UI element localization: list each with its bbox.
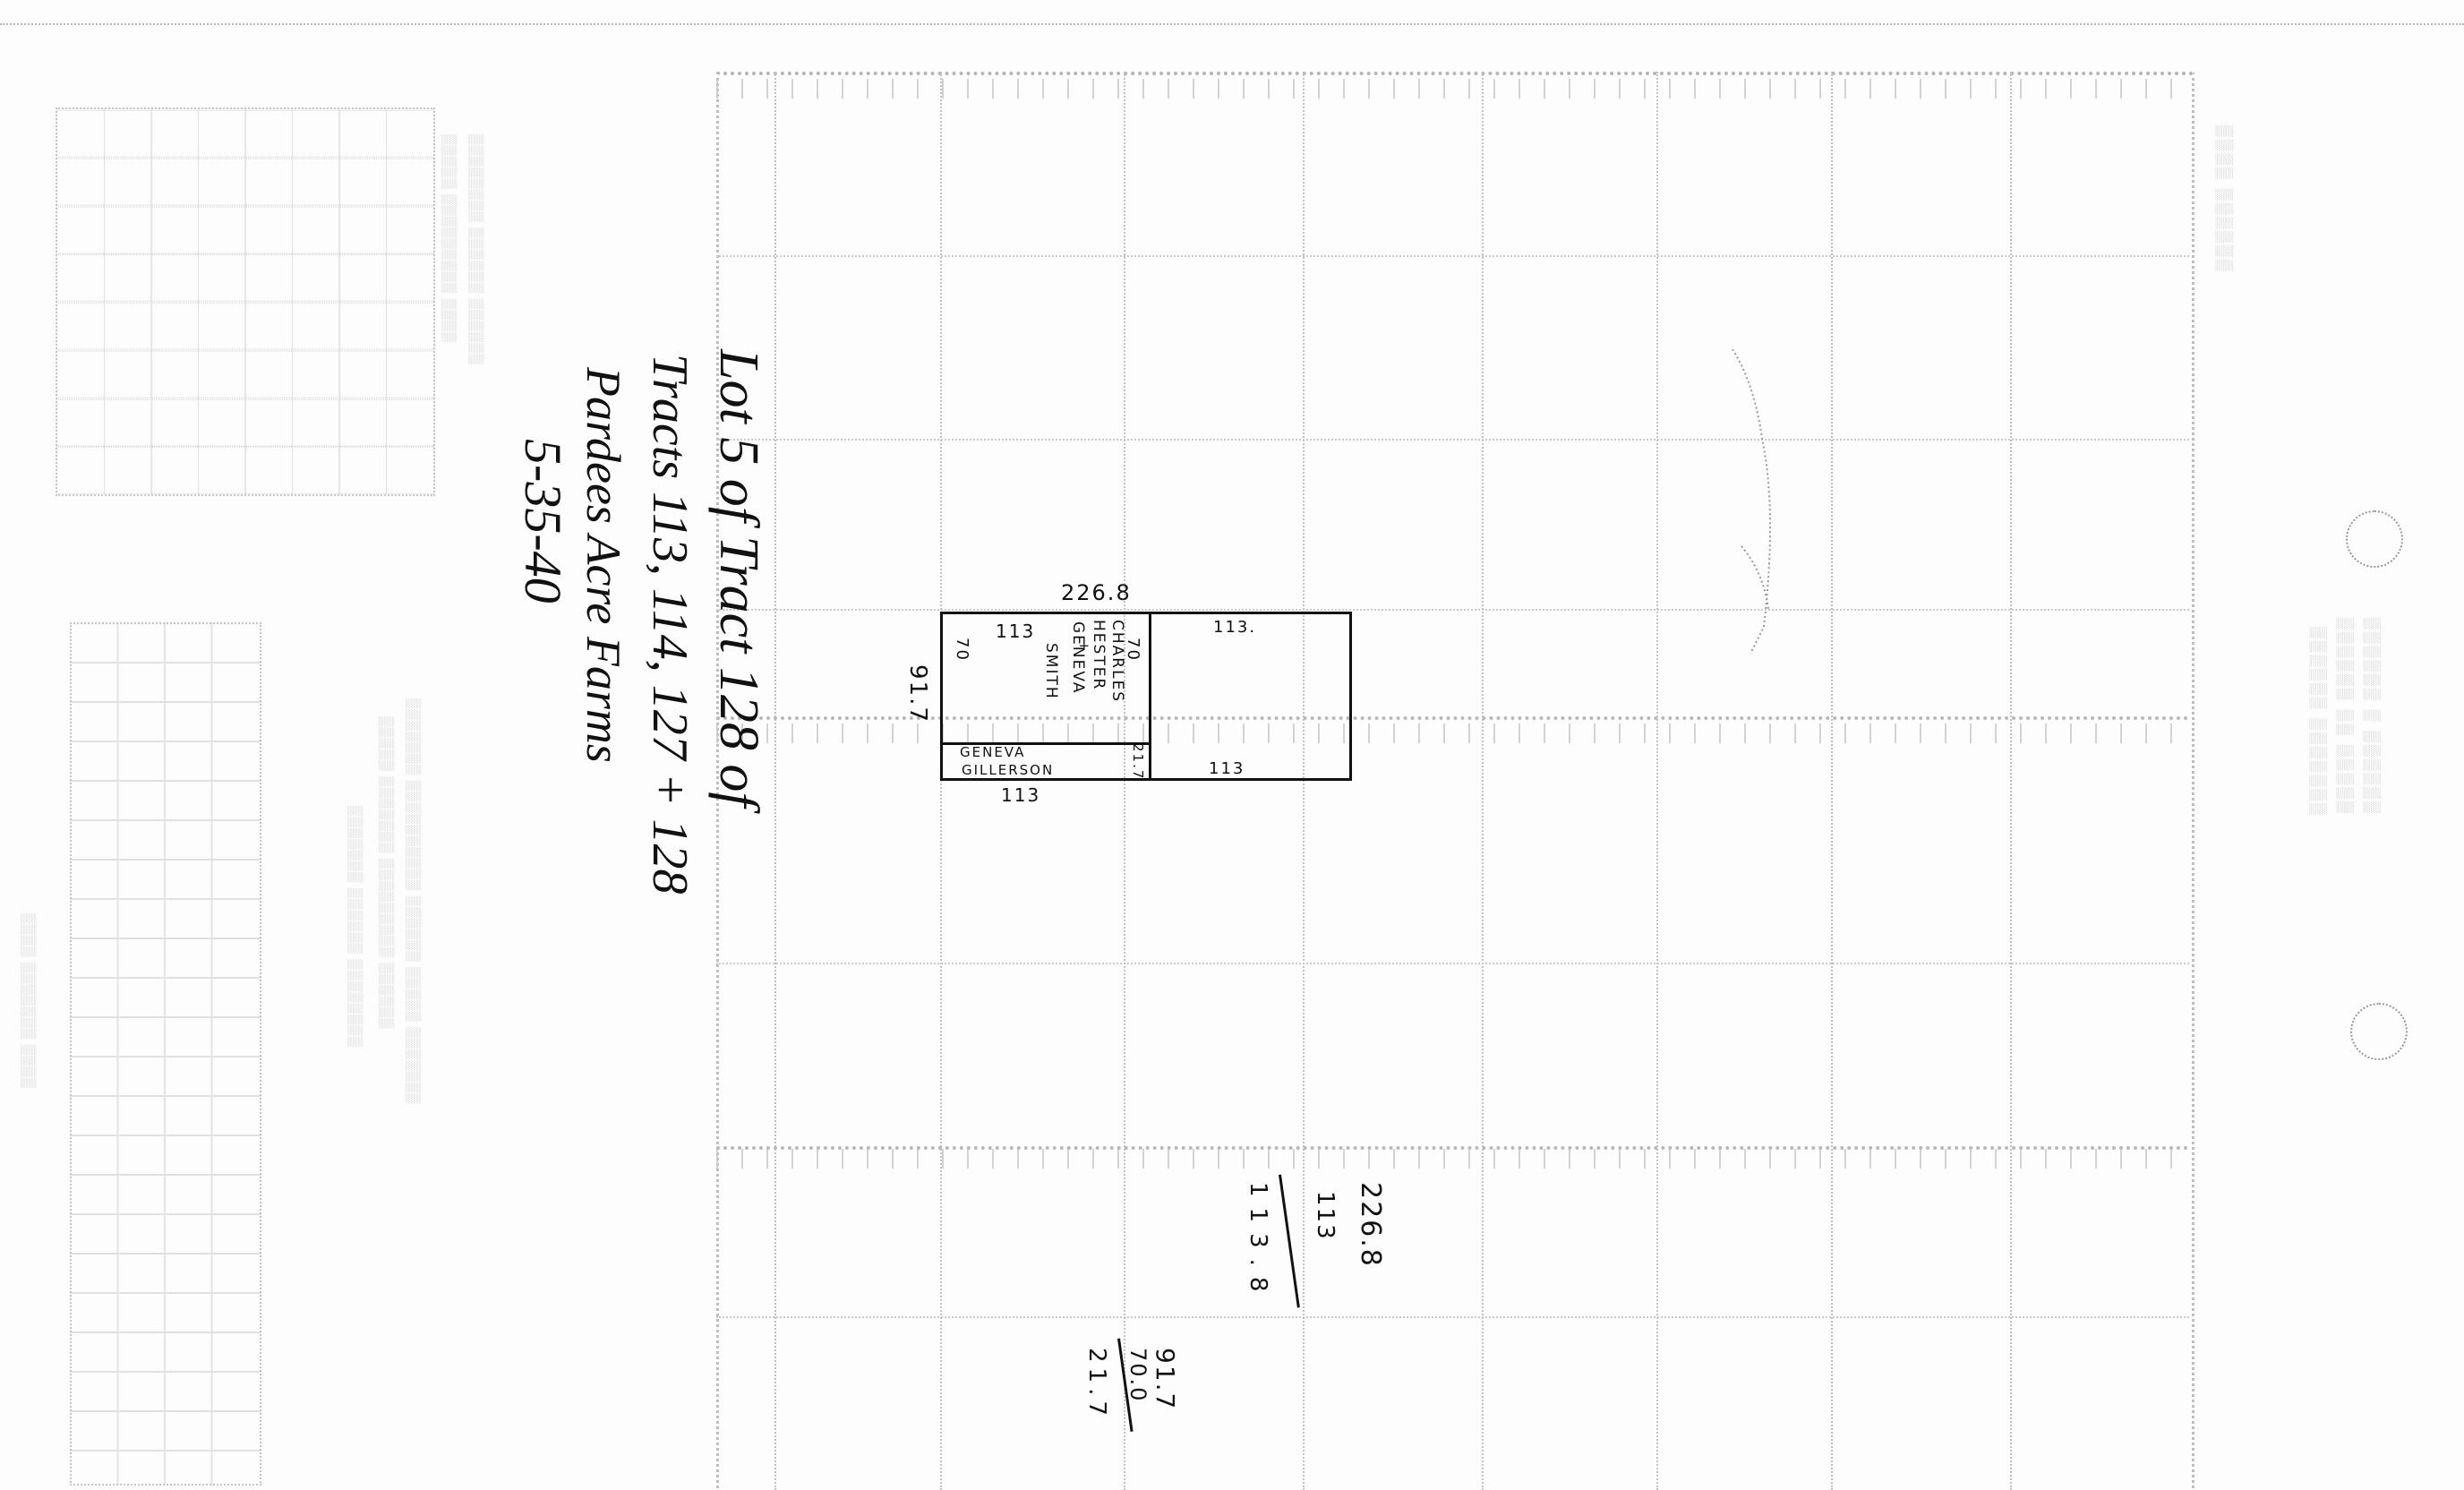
owner-name-line: SMITH: [1042, 643, 1060, 700]
plot-right-inner-dimension: 70: [1124, 638, 1142, 662]
grid-cell: [338, 303, 387, 350]
faint-legend-text: ▒▒▒▒▒▒▒ ▒▒▒▒▒▒ ▒▒▒▒▒▒▒▒: [346, 806, 363, 1048]
calc2-minuend: 91.7: [1151, 1348, 1180, 1410]
grid-cell: [386, 110, 434, 158]
plot-top-total-dimension: 226.8: [1061, 580, 1132, 605]
grid-cell: [386, 303, 434, 350]
map-grid-vline: [774, 72, 776, 1490]
grid-cell: [292, 158, 340, 205]
map-grid-hline-major: [716, 1146, 2189, 1150]
grid-cell: [198, 110, 246, 158]
calc2-result: 21.7: [1083, 1348, 1110, 1421]
grid-cell: [104, 110, 152, 158]
grid-cell: [104, 303, 152, 350]
map-top-ruler: [716, 79, 2189, 98]
calc1-minuend: 226.8: [1355, 1182, 1386, 1268]
grid-cell: [338, 447, 387, 494]
map-grid-hline-major: [716, 716, 2189, 720]
grid-cell: [292, 206, 340, 253]
grid-cell: [198, 447, 246, 494]
calc1-subtrahend: 113: [1312, 1191, 1339, 1241]
strip-depth-dimension: 21.7: [1130, 743, 1146, 780]
grid-cell: [150, 254, 199, 302]
map-grid-vline: [940, 72, 942, 1490]
calc1-result: 113.8: [1245, 1182, 1271, 1302]
grid-cell: [338, 254, 387, 302]
faint-margin-text: ▒▒▒▒ ▒▒▒▒▒▒: [2215, 125, 2234, 274]
grid-cell: [104, 206, 152, 253]
grid-cell: [104, 158, 152, 205]
grid-cell: [338, 110, 387, 158]
grid-cell: [56, 398, 105, 446]
grid-cell: [292, 447, 340, 494]
plot-main-width: 113: [996, 621, 1035, 642]
grid-cell: [198, 158, 246, 205]
binder-hole-lower: [2350, 1003, 2408, 1060]
note-subdivision: Pardees Acre Farms: [576, 367, 631, 763]
grid-cell: [292, 110, 340, 158]
owner-name-line: GENEVA: [1069, 621, 1087, 695]
grid-cell: [244, 110, 293, 158]
grid-cell: [104, 254, 152, 302]
faint-legend-text: ▒▒▒▒▒ ▒▒▒▒▒▒▒▒▒ ▒▒▒▒: [441, 134, 457, 343]
grid-cell: [56, 158, 105, 205]
pencil-curve-mark: [1728, 331, 1835, 689]
grid-cell: [198, 350, 246, 398]
grid-cell: [244, 350, 293, 398]
map-grid-hline: [716, 255, 2189, 257]
map-lower-ruler: [716, 1149, 2189, 1169]
map-grid-frame: [716, 72, 2194, 1490]
plot-left-inner-dimension: 70: [953, 638, 971, 662]
grid-cell: [56, 110, 105, 158]
faint-legend-text: ▒▒▒▒▒▒▒ ▒▒▒▒▒▒▒▒▒▒ ▒▒▒▒▒▒ ▒▒▒▒▒ ▒▒▒▒▒▒▒: [405, 698, 421, 1105]
grid-cell: [150, 350, 199, 398]
grid-cell: [338, 206, 387, 253]
parcel-divider-vertical: [1149, 614, 1151, 778]
grid-cell: [150, 447, 199, 494]
map-grid-vline: [1831, 72, 1833, 1490]
grid-cell: [292, 303, 340, 350]
map-grid-vline: [1124, 72, 1125, 1490]
plot-bottom-dimension: 113: [1001, 784, 1040, 806]
owner-name-line: HESTER: [1090, 620, 1108, 690]
grid-cell: [338, 158, 387, 205]
scanned-plat-page: ▒▒▒▒▒▒▒▒ ▒▒▒▒▒▒ ▒▒▒▒▒▒ ▒▒▒▒▒ ▒▒▒▒▒▒▒▒▒ ▒…: [0, 0, 2464, 1490]
grid-cell: [104, 350, 152, 398]
grid-cell: [244, 158, 293, 205]
grid-cell: [244, 206, 293, 253]
calc2-subtrahend: 70.0: [1125, 1348, 1151, 1402]
grid-cell: [244, 398, 293, 446]
grid-cell: [292, 254, 340, 302]
section-index-grid-upper: [56, 107, 435, 496]
grid-cell: [244, 447, 293, 494]
grid-cell: [150, 398, 199, 446]
grid-cell: [292, 398, 340, 446]
grid-cell: [150, 206, 199, 253]
east-parcel-bottom-dimension: 113: [1209, 759, 1245, 778]
section-index-grid-lower: [70, 622, 261, 1486]
grid-cell: [56, 350, 105, 398]
grid-cell: [386, 398, 434, 446]
grid-cell: [56, 447, 105, 494]
grid-cell: [198, 303, 246, 350]
binder-hole-upper: [2346, 510, 2403, 568]
strip-owner-name: GILLERSON: [962, 762, 1054, 778]
grid-cell: [150, 158, 199, 205]
faint-title-block: ▒▒▒▒▒▒ ▒ ▒▒▒▒▒▒: [2363, 618, 2382, 816]
grid-cell: [150, 110, 199, 158]
grid-cell: [198, 254, 246, 302]
grid-cell: [56, 303, 105, 350]
faint-legend-text: ▒▒▒▒▒▒▒▒ ▒▒▒▒▒▒ ▒▒▒▒▒▒: [467, 134, 483, 365]
east-parcel-top-dimension: 113.: [1213, 618, 1256, 637]
grid-cell: [198, 206, 246, 253]
grid-cell: [292, 350, 340, 398]
grid-cell: [386, 158, 434, 205]
note-tracts: Tracts 113, 114, 127 + 128: [641, 354, 698, 895]
faint-legend-text: ▒▒▒▒ ▒▒▒▒▒▒▒ ▒▒▒▒: [20, 913, 36, 1089]
map-grid-hline: [716, 439, 2189, 441]
grid-cell: [386, 254, 434, 302]
faint-legend-text: ▒▒▒▒▒ ▒▒▒▒▒▒▒ ▒▒▒▒▒▒▒▒▒ ▒▒▒▒▒▒: [378, 716, 394, 1029]
grid-cell: [386, 206, 434, 253]
map-grid-vline: [1656, 72, 1658, 1490]
grid-cell: [198, 398, 246, 446]
grid-cell: [104, 447, 152, 494]
grid-cell: [338, 398, 387, 446]
note-lot-description: Lot 5 of Tract 128 of: [706, 349, 770, 808]
grid-cell: [338, 350, 387, 398]
strip-owner-name: GENEVA: [960, 744, 1025, 760]
faint-title-block: ▒▒▒▒▒▒ ▒▒▒▒▒▒▒: [2309, 627, 2328, 818]
grid-cell: [104, 398, 152, 446]
grid-cell: [56, 254, 105, 302]
faint-title-block: ▒▒▒▒▒▒ ▒▒ ▒▒▒▒▒: [2336, 618, 2355, 816]
note-section-township-range: 5-35-40: [513, 439, 573, 604]
map-mid-ruler: [716, 724, 2189, 743]
grid-cell: [386, 447, 434, 494]
map-grid-vline: [1303, 72, 1305, 1490]
grid-cell: [244, 303, 293, 350]
grid-cell: [386, 350, 434, 398]
map-grid-vline: [2010, 72, 2012, 1490]
grid-cell: [244, 254, 293, 302]
page-top-edge: [0, 23, 2464, 25]
plot-left-total-dimension: 91.7: [904, 664, 931, 724]
grid-cell: [56, 206, 105, 253]
map-grid-hline: [716, 1316, 2189, 1318]
map-grid-vline: [1482, 72, 1484, 1490]
grid-cell: [150, 303, 199, 350]
map-grid-hline: [716, 609, 2189, 611]
map-grid-hline: [716, 963, 2189, 964]
